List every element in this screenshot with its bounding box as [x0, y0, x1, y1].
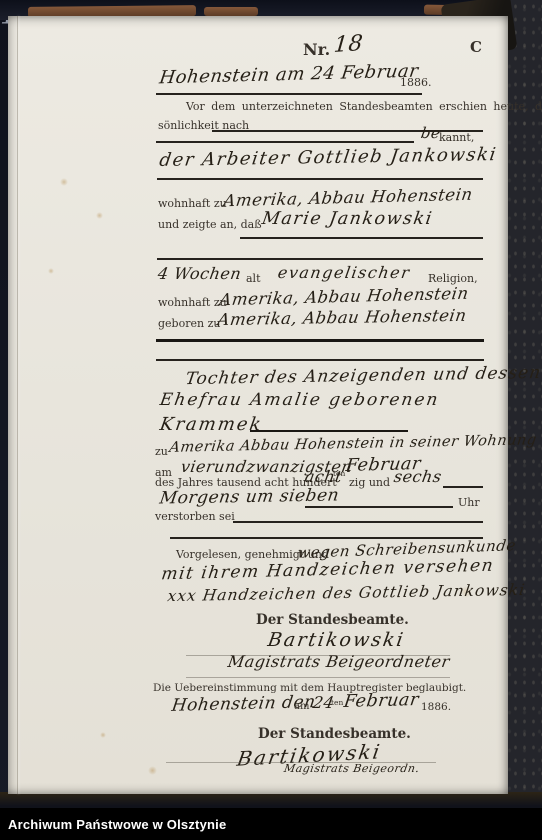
death-time-label: Uhr — [458, 496, 480, 509]
rule — [156, 141, 414, 143]
registrar-signature1: Bartikowski — [266, 629, 406, 651]
deceased-verb-label: verstorben sei — [155, 510, 235, 523]
age-value: 4 Wochen — [156, 264, 242, 283]
registrar-heading2: Der Standesbeamte. — [258, 726, 411, 742]
dateline-year: 1886. — [400, 76, 432, 89]
parentage-line2: Ehefrau Amalie geborenen — [158, 390, 441, 410]
foxing-spot — [48, 268, 54, 274]
rule-heavy — [156, 339, 484, 342]
death-year-hand1: acht — [303, 467, 343, 486]
archive-watermark-text: Archiwum Państwowe w Olsztynie — [8, 817, 226, 832]
known-print: kannt, — [439, 131, 474, 144]
page-letter: C — [470, 38, 482, 56]
scanned-death-record-photo: Nr. 18 C 18 Hohenstein am 24 Februar 188… — [0, 0, 542, 840]
registrar-title1: Magistrats Beigeordneter — [226, 652, 451, 671]
rule — [156, 359, 484, 361]
leather-strip — [204, 7, 258, 16]
foxing-spot — [100, 732, 106, 738]
religion-label: Religion, — [428, 272, 478, 285]
signature-line — [186, 677, 450, 678]
rule — [240, 237, 483, 239]
death-year-mid: zig und — [349, 476, 390, 489]
residence2-label: wohnhaft zu — [158, 296, 227, 309]
deceased-name: Marie Jankowski — [260, 209, 434, 229]
rule — [156, 93, 422, 95]
rule — [250, 430, 408, 432]
cert-am-print: am — [294, 701, 309, 712]
residence1-label: wohnhaft zu — [158, 197, 227, 210]
foxing-spot — [96, 212, 103, 219]
archive-watermark-bar: Archiwum Państwowe w Olsztynie — [0, 808, 542, 840]
report-label: und zeigte an, daß — [158, 218, 262, 231]
record-number-label: Nr. — [303, 40, 330, 59]
parentage-line3: Krammek — [158, 414, 264, 435]
religion-value: evangelischer — [276, 263, 411, 282]
foxing-spot — [148, 766, 157, 775]
rule — [233, 521, 483, 523]
age-alt-label: alt — [246, 272, 261, 285]
rule — [305, 506, 453, 508]
rule — [157, 258, 483, 260]
registrar-title2: Magistrats Beigeordn. — [283, 762, 421, 775]
rule — [443, 486, 483, 488]
rule — [157, 178, 483, 180]
death-place-label: zu — [155, 445, 168, 458]
cert-ten-print: ten — [331, 698, 343, 707]
birthplace-label: geboren zu — [158, 317, 220, 330]
foxing-spot — [60, 178, 68, 186]
registrar-heading1: Der Standesbeamte. — [256, 612, 409, 628]
page-fold — [17, 16, 18, 794]
record-number-value: 18 — [333, 31, 364, 58]
cert-year-print: 1886. — [421, 701, 451, 713]
intro-line1: Vor dem unterzeichneten Standesbeamten e… — [186, 100, 542, 113]
cert-month-hand: Februar — [343, 690, 421, 712]
death-year-hand2: sechs — [392, 467, 443, 486]
